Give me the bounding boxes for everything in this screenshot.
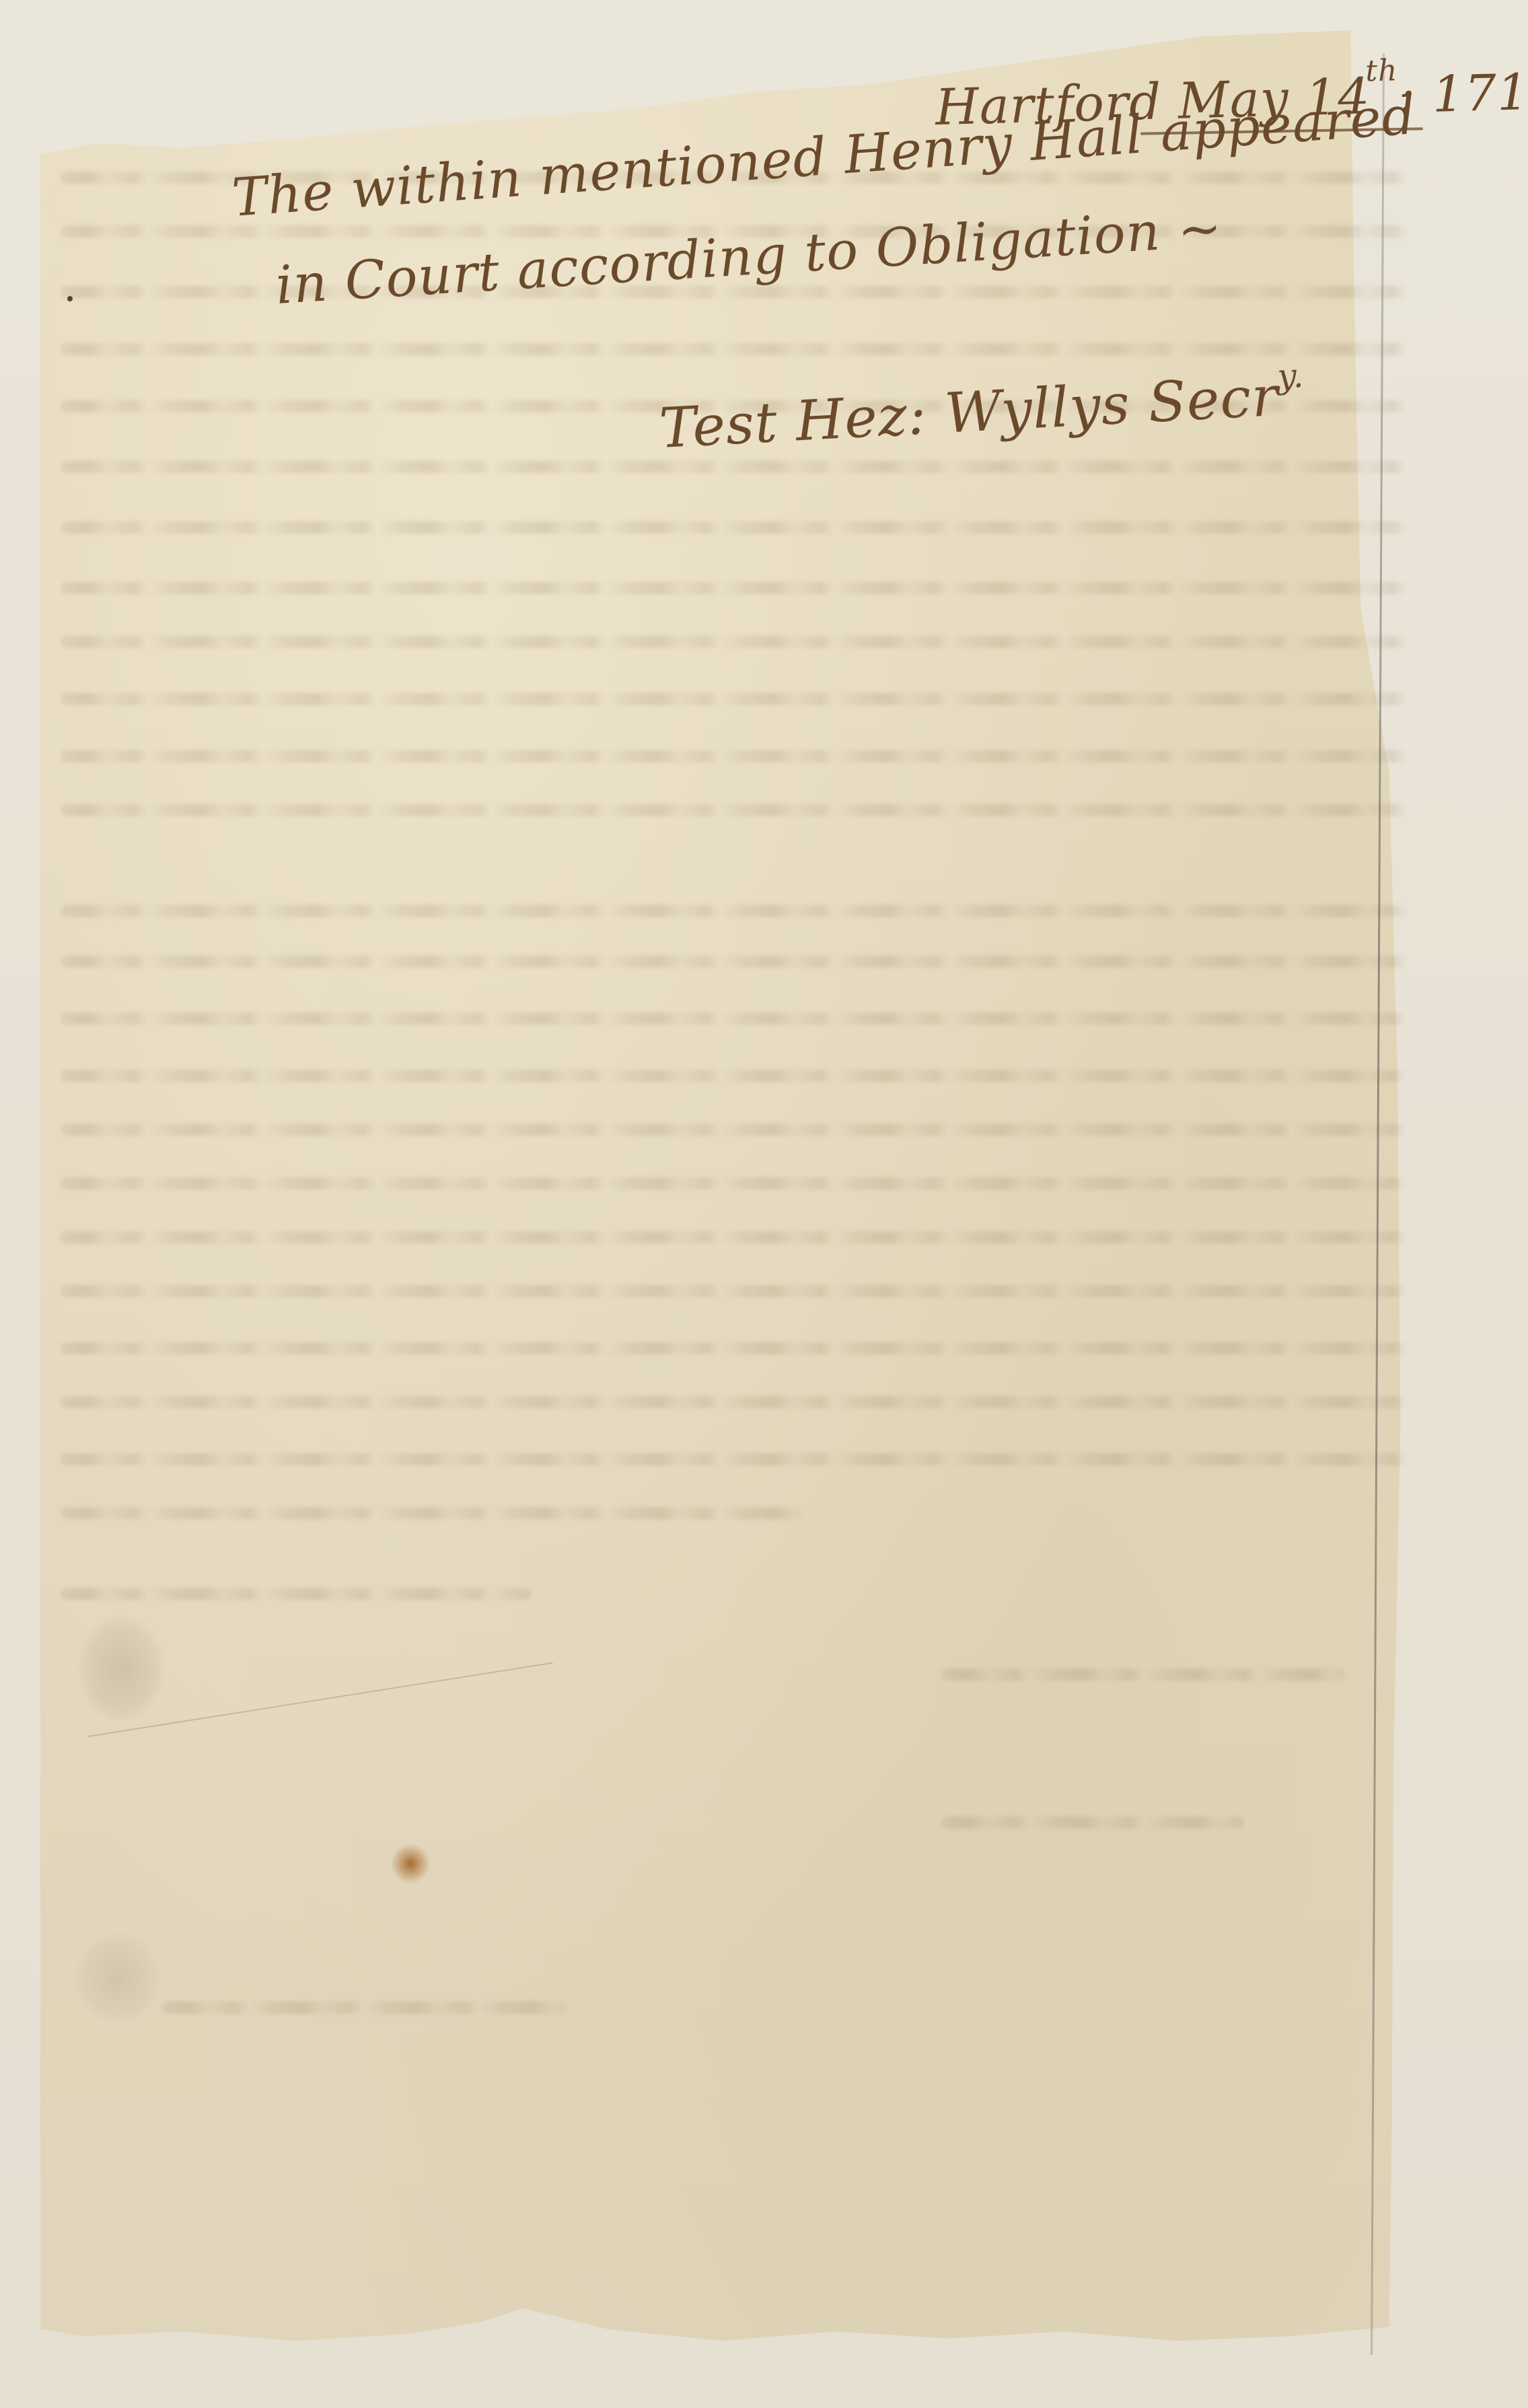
- bleed-through-line: [61, 804, 1406, 816]
- ink-dot: [67, 296, 73, 301]
- bleed-through-line: [61, 1231, 1406, 1243]
- bleed-through-line: [61, 1453, 1406, 1465]
- bleed-through-line: [61, 1396, 1406, 1408]
- rust-stain: [390, 1844, 431, 1884]
- bleed-through-line: [61, 461, 1406, 473]
- bleed-through-line: [61, 521, 1406, 534]
- signature-suffix: y.: [1276, 356, 1305, 396]
- bleed-through-line: [61, 750, 1406, 762]
- date-ordinal-suffix: th: [1365, 53, 1398, 88]
- bleed-through-line: [61, 636, 1406, 648]
- bleed-through-line: [61, 955, 1406, 968]
- bleed-through-line: [942, 1817, 1245, 1829]
- bleed-through-line: [61, 1013, 1406, 1025]
- bleed-through-line: [61, 1507, 801, 1519]
- bleed-through-line: [61, 1070, 1406, 1082]
- seal-impression-ghost: [77, 1615, 165, 1722]
- bleed-through-line: [61, 1588, 532, 1600]
- bleed-through-line: [161, 2002, 565, 2014]
- bleed-through-line: [61, 343, 1406, 355]
- year-text: : 1714: [1397, 63, 1528, 124]
- bleed-through-line: [61, 582, 1406, 594]
- bleed-through-line: [61, 1285, 1406, 1297]
- bleed-through-line: [61, 905, 1406, 917]
- bleed-through-line: [61, 1177, 1406, 1190]
- seal-impression-ghost: [74, 1931, 161, 2025]
- bleed-through-line: [61, 1342, 1406, 1354]
- bleed-through-line: [942, 1669, 1346, 1681]
- bleed-through-line: [61, 1124, 1406, 1136]
- bleed-through-line: [61, 693, 1406, 705]
